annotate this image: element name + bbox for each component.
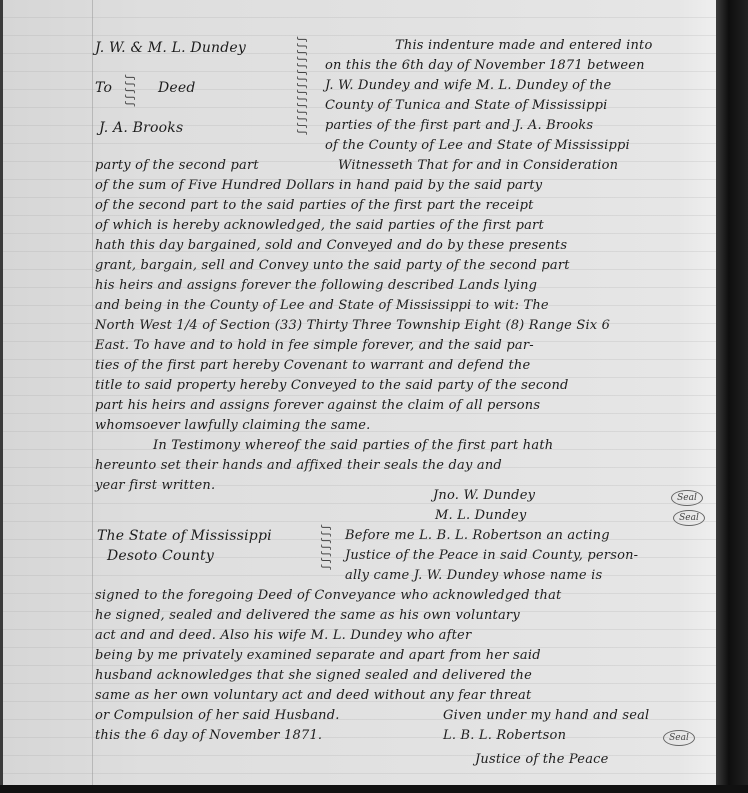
ack-line: husband acknowledges that she signed sea… (95, 668, 532, 683)
given-under-line: Given under my hand and seal (443, 708, 649, 723)
seal-mark: Seal (663, 730, 695, 746)
signature-grantor-2: M. L. Dundey (435, 508, 526, 523)
body-line: of the County of Lee and State of Missis… (325, 138, 630, 153)
body-line: parties of the first part and J. A. Broo… (325, 118, 593, 133)
body-line: his heirs and assigns forever the follow… (95, 278, 537, 293)
body-line: of the sum of Five Hundred Dollars in ha… (95, 178, 542, 193)
book-binding (716, 0, 748, 793)
ack-line: Before me L. B. L. Robertson an acting (345, 528, 610, 543)
caption-instrument: Deed (158, 80, 196, 96)
body-line: This indenture made and entered into (395, 38, 653, 53)
body-line: Witnesseth That for and in Consideration (338, 158, 618, 173)
ack-line: same as her own voluntary act and deed w… (95, 688, 531, 703)
venue-county: Desoto County (107, 548, 214, 564)
body-line: East. To have and to hold in fee simple … (95, 338, 534, 353)
body-line: County of Tunica and State of Mississipp… (325, 98, 607, 113)
body-line: In Testimony whereof the said parties of… (153, 438, 553, 453)
venue-state: The State of Mississippi (97, 528, 272, 544)
body-line: whomsoever lawfully claiming the same. (95, 418, 371, 433)
officer-signature: L. B. L. Robertson (443, 728, 566, 743)
deed-record-page: J. W. & M. L. Dundey To ʃʃʃʃʃ Deed J. A.… (0, 0, 721, 785)
ack-line: ally came J. W. Dundey whose name is (345, 568, 602, 583)
seal-mark: Seal (673, 510, 705, 526)
caption-to: To (95, 80, 112, 96)
body-line: year first written. (95, 478, 215, 493)
large-brace-icon: ʃʃʃʃʃʃʃʃʃʃʃʃʃʃʃ (299, 36, 305, 148)
venue-brace-icon: ʃʃʃʃʃʃʃ (323, 524, 329, 580)
body-line: hereunto set their hands and affixed the… (95, 458, 502, 473)
signature-grantor-1: Jno. W. Dundey (433, 488, 535, 503)
body-line: North West 1/4 of Section (33) Thirty Th… (95, 318, 610, 333)
seal-mark: Seal (671, 490, 703, 506)
ack-line: act and and deed. Also his wife M. L. Du… (95, 628, 471, 643)
officer-title: Justice of the Peace (475, 752, 609, 767)
ack-line: Justice of the Peace in said County, per… (345, 548, 638, 563)
ack-line: or Compulsion of her said Husband. (95, 708, 340, 723)
caption-grantors: J. W. & M. L. Dundey (95, 40, 246, 56)
caption-grantee: J. A. Brooks (99, 120, 183, 136)
ack-line: he signed, sealed and delivered the same… (95, 608, 520, 623)
body-line: part his heirs and assigns forever again… (95, 398, 540, 413)
body-line: title to said property hereby Conveyed t… (95, 378, 569, 393)
ack-line: signed to the foregoing Deed of Conveyan… (95, 588, 561, 603)
body-line: grant, bargain, sell and Convey unto the… (95, 258, 570, 273)
body-line: on this the 6th day of November 1871 bet… (325, 58, 645, 73)
ack-line: being by me privately examined separate … (95, 648, 541, 663)
body-line: hath this day bargained, sold and Convey… (95, 238, 567, 253)
body-line: J. W. Dundey and wife M. L. Dundey of th… (325, 78, 611, 93)
body-line: of the second part to the said parties o… (95, 198, 534, 213)
body-line: of which is hereby acknowledged, the sai… (95, 218, 544, 233)
margin-rule (92, 0, 93, 785)
small-brace-icon: ʃʃʃʃʃ (127, 74, 133, 114)
page-bottom-edge (0, 785, 748, 793)
body-line: and being in the County of Lee and State… (95, 298, 549, 313)
body-line: ties of the first part hereby Covenant t… (95, 358, 530, 373)
body-line: party of the second part (95, 158, 259, 173)
date-line: this the 6 day of November 1871. (95, 728, 322, 743)
